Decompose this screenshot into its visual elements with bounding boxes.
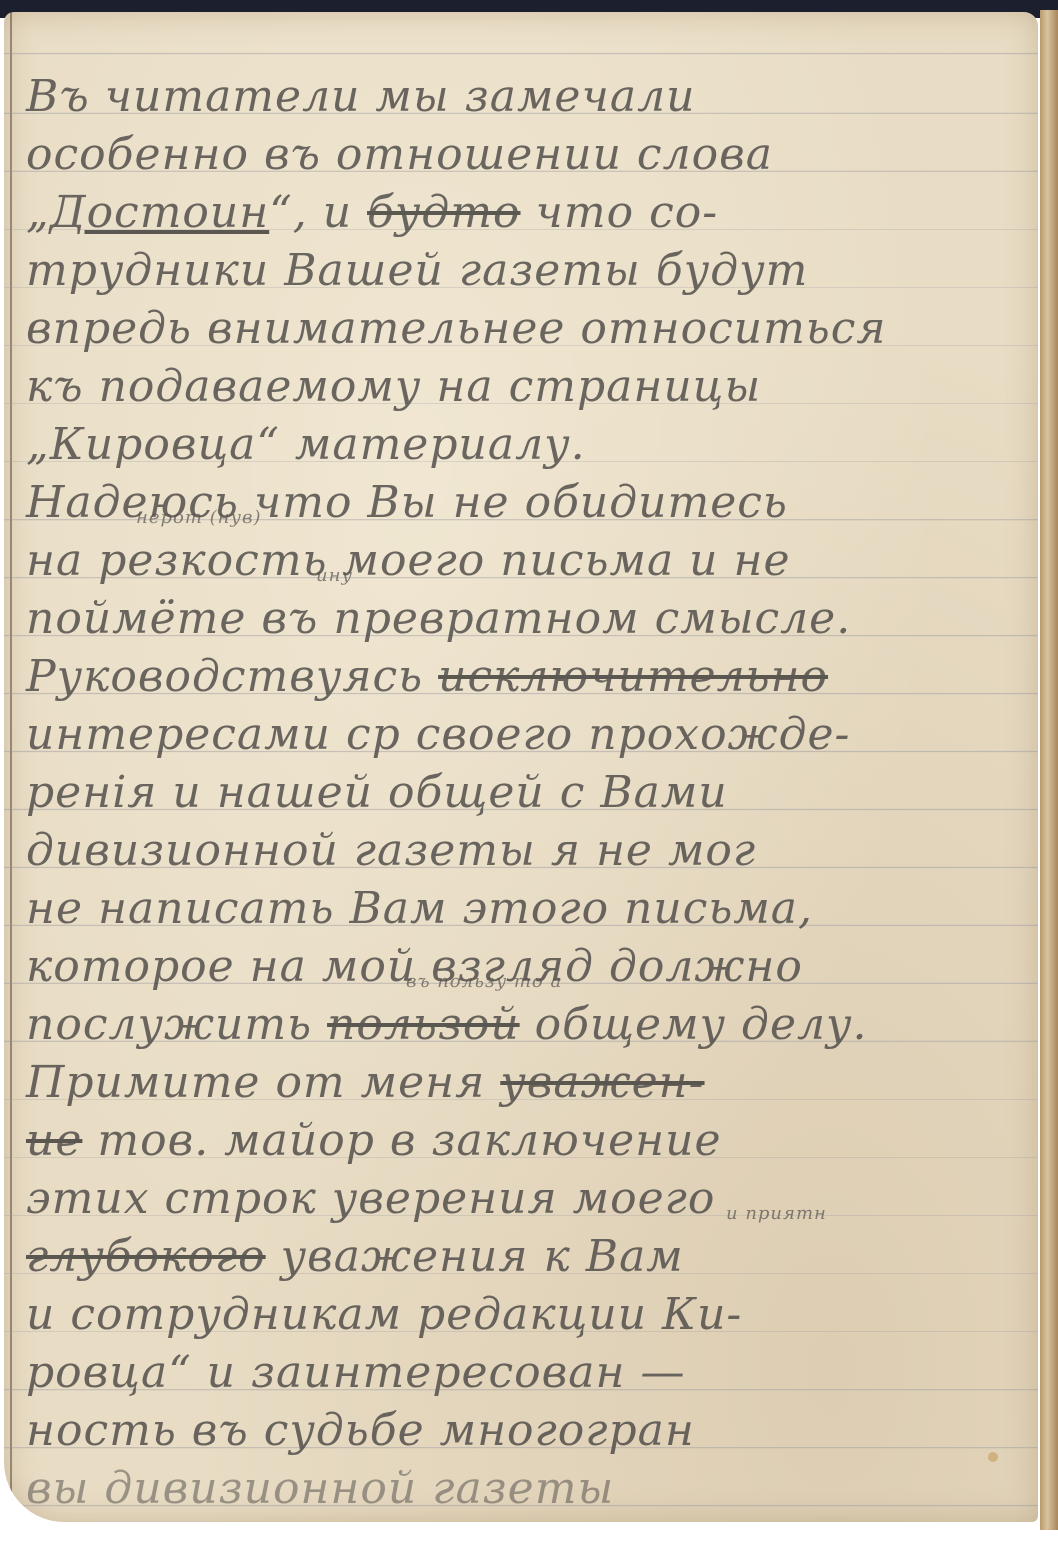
line-text: этих строк уверения моего	[26, 1173, 715, 1224]
struck-word: уважен-	[500, 1057, 704, 1108]
line-text: и сотрудникам редакции Ки-	[26, 1289, 742, 1340]
line-text: вы дивизионной газеты	[26, 1463, 614, 1514]
handwritten-line-23: ровца“ и заинтересован —	[26, 1344, 1026, 1402]
handwritten-line-22: и сотрудникам редакции Ки-	[26, 1286, 1026, 1344]
handwritten-line-6: къ подаваемому на страницы	[26, 358, 1026, 416]
line-text: не написать Вам этого письма,	[26, 883, 813, 934]
line-text: ровца“ и заинтересован —	[26, 1347, 685, 1398]
handwritten-line-12: интересами ср своего прохожде-	[26, 706, 1026, 764]
handwritten-line-9: нерот (нув)на резкость моего письма и не	[26, 532, 1026, 590]
handwritten-letter: Въ читатели мы замечали особенно въ отно…	[26, 68, 1026, 1518]
notebook-page: Въ читатели мы замечали особенно въ отно…	[4, 12, 1038, 1522]
line-text: дивизионной газеты я не мог	[26, 825, 756, 876]
notebook-spine	[1040, 10, 1058, 1530]
line-text: Въ читатели мы замечали	[26, 71, 695, 122]
handwritten-line-14: дивизионной газеты я не мог	[26, 822, 1026, 880]
handwritten-line-20: этих строк уверения моего	[26, 1170, 1026, 1228]
handwritten-line-10: инупоймёте въ превратном смысле.	[26, 590, 1026, 648]
handwritten-line-25: вы дивизионной газеты	[26, 1460, 1026, 1518]
line-text: впредь внимательнее относиться	[26, 303, 887, 354]
handwritten-line-18: Примите от меня уважен-	[26, 1054, 1026, 1112]
struck-word: пользой	[327, 999, 520, 1050]
line-text: ность въ судьбе многогран	[26, 1405, 695, 1456]
line-text: интересами ср своего прохожде-	[26, 709, 850, 760]
handwritten-line-5: впредь внимательнее относиться	[26, 300, 1026, 358]
struck-word: глубокого	[26, 1231, 266, 1282]
line-text: Руководствуясь	[26, 651, 438, 702]
handwritten-line-21: и приятнглубокого уважения к Вам	[26, 1228, 1026, 1286]
handwritten-line-2: особенно въ отношении слова	[26, 126, 1026, 184]
line-text: послужить	[26, 999, 327, 1050]
struck-word: ие	[26, 1115, 82, 1166]
line-text: ренія и нашей общей с Вами	[26, 767, 728, 818]
line-text: общему делу.	[520, 999, 868, 1050]
handwritten-line-24: ность въ судьбе многогран	[26, 1402, 1026, 1460]
line-text: тов. майор в заключение	[82, 1115, 721, 1166]
line-text: “, и	[269, 187, 367, 238]
handwritten-line-3: „Достоин“, и будто что со-	[26, 184, 1026, 242]
handwritten-line-11: Руководствуясь исключительно	[26, 648, 1026, 706]
line-text: „	[26, 187, 50, 238]
paper-stain	[988, 1452, 998, 1462]
interlinear-insert: нерот (нув)	[136, 508, 261, 528]
line-text: „Кировца“ материалу.	[26, 419, 586, 470]
line-text: что со-	[521, 187, 719, 238]
line-text: на резкость моего письма и не	[26, 535, 791, 586]
handwritten-line-17: въ пользу то апослужить пользой общему д…	[26, 996, 1026, 1054]
struck-word: исключительно	[438, 651, 828, 702]
line-text: уважения к Вам	[266, 1231, 684, 1282]
interlinear-insert: въ пользу то а	[406, 972, 562, 992]
interlinear-insert: и приятн	[726, 1204, 827, 1224]
line-text: особенно въ отношении слова	[26, 129, 773, 180]
handwritten-line-7: „Кировца“ материалу.	[26, 416, 1026, 474]
line-text: къ подаваемому на страницы	[26, 361, 761, 412]
interlinear-insert: ину	[316, 566, 353, 586]
line-text: Примите от меня	[26, 1057, 500, 1108]
line-text: трудники Вашей газеты будут	[26, 245, 808, 296]
handwritten-line-15: не написать Вам этого письма,	[26, 880, 1026, 938]
struck-word: будто	[367, 187, 520, 238]
handwritten-line-1: Въ читатели мы замечали	[26, 68, 1026, 126]
line-text: поймёте въ превратном смысле.	[26, 593, 851, 644]
handwritten-line-13: ренія и нашей общей с Вами	[26, 764, 1026, 822]
handwritten-line-4: трудники Вашей газеты будут	[26, 242, 1026, 300]
underlined-word: Достоин	[50, 187, 269, 238]
handwritten-line-19: ие тов. майор в заключение	[26, 1112, 1026, 1170]
